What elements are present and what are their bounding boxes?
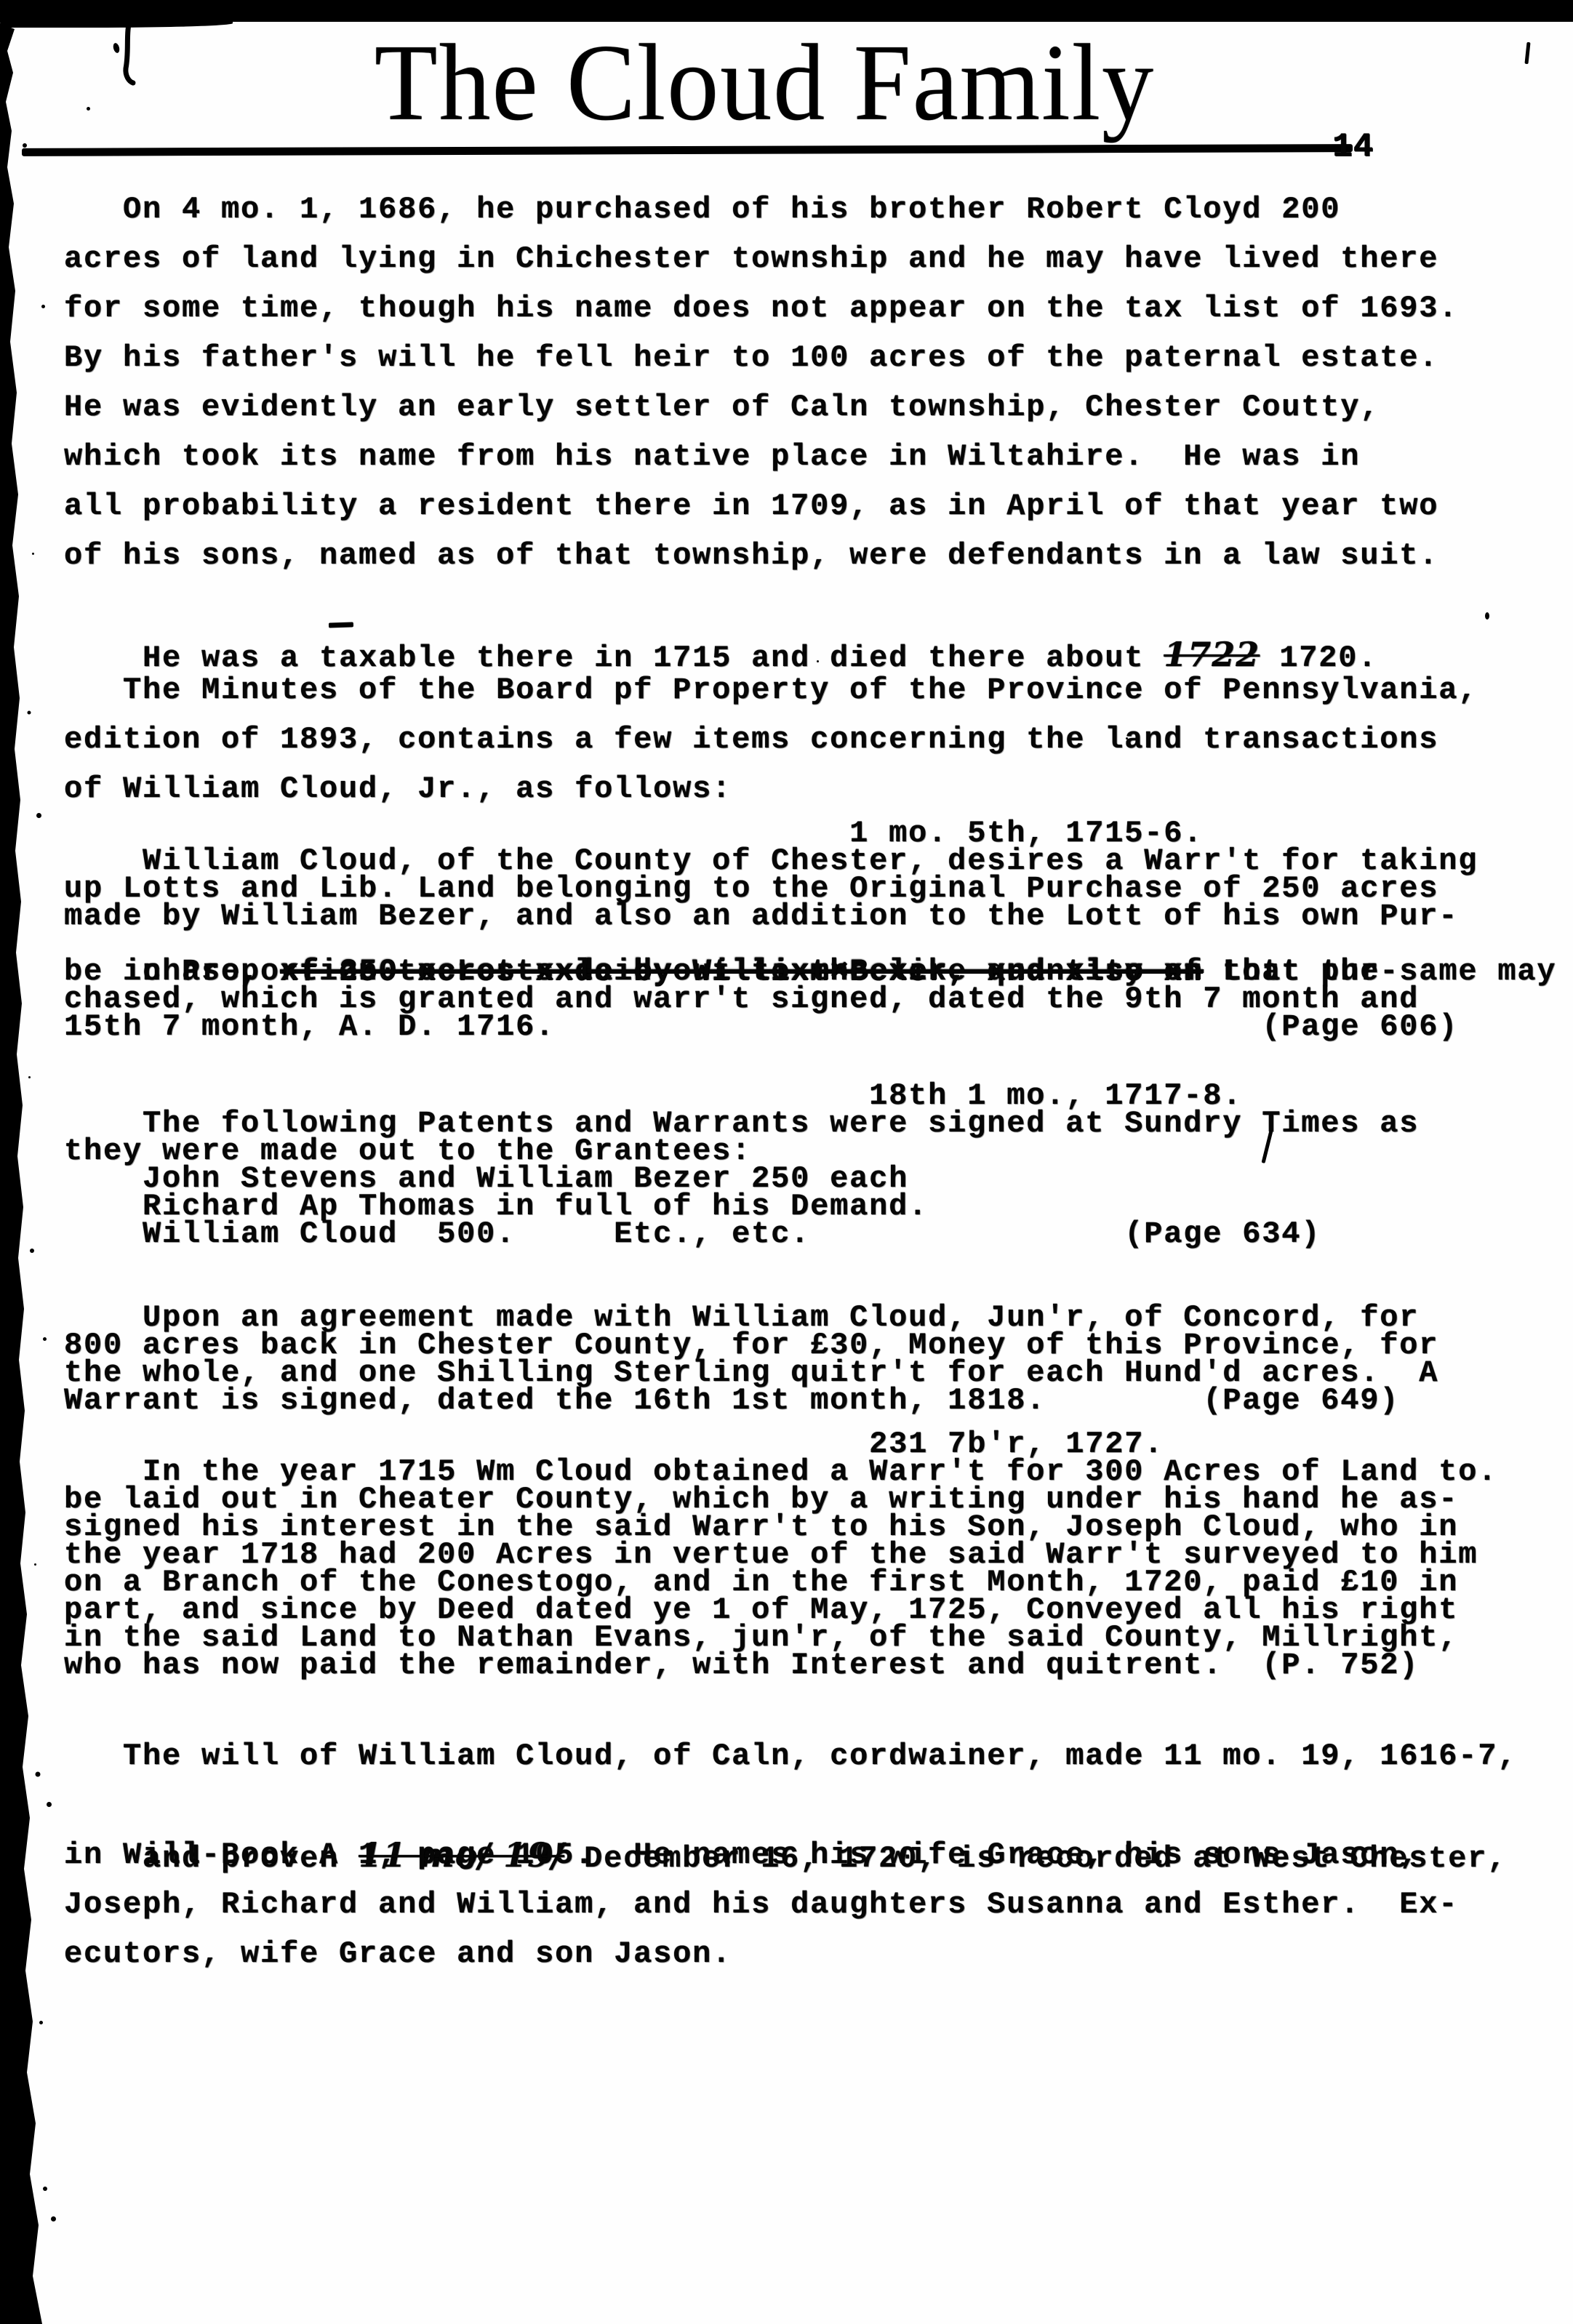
paragraph-3-line-1: The will of William Cloud, of Caln, cord…	[64, 1731, 1517, 1781]
paragraph-1: On 4 mo. 1, 1686, he purchased of his br…	[64, 185, 1458, 580]
scanned-document-page: The Cloud Family 14 On 4 mo. 1, 1686, he…	[0, 0, 1573, 2324]
extract-4: 231 7b'r, 1727. In the year 1715 Wm Clou…	[64, 1430, 1497, 1679]
extract-1-tail: be in Proportion to Lotts laid out to th…	[64, 958, 1458, 1041]
stray-ink-dot	[1485, 612, 1489, 620]
extract-2: 18th 1 mo., 1717-8. The following Patent…	[64, 1082, 1419, 1248]
paragraph-2: The Minutes of the Board pf Property of …	[64, 665, 1478, 814]
document-title: The Cloud Family	[0, 19, 1573, 145]
title-rule	[22, 144, 1353, 156]
scan-left-edge-artifact	[0, 0, 58, 2324]
extract-3: Upon an agreement made with William Clou…	[64, 1304, 1438, 1414]
paragraph-3-rest: in Will-Book A 1, page 105. He names his…	[64, 1830, 1458, 1979]
extract-1-head: 1 mo. 5th, 1715-6. William Cloud, of the…	[64, 820, 1478, 930]
page-number: 14	[1332, 128, 1374, 166]
stray-ink-dash	[329, 622, 353, 628]
scan-speckles	[0, 0, 2, 2]
